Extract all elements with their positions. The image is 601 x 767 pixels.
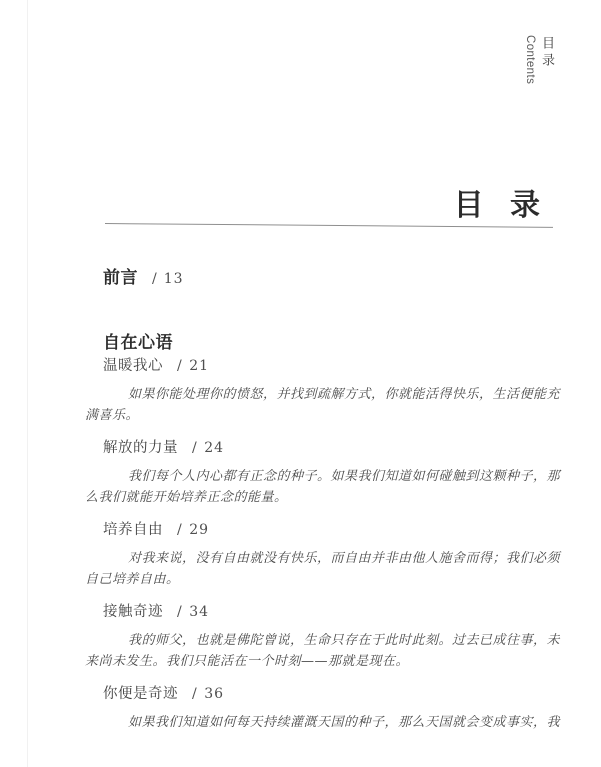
preface-row: 前言/13 — [103, 263, 184, 288]
toc-entry: 解放的力量/24 我们每个人内心都有正念的种子。如果我们知道如何碰触到这颗种子，… — [85, 438, 565, 508]
entry-page-number: 24 — [204, 440, 224, 456]
entry-separator: / — [192, 686, 197, 702]
entry-excerpt: 如果我们知道如何每天持续灌溉天国的种子，那么天国就会变成事实，我 — [85, 713, 565, 734]
excerpt-line-1: 我的师父，也就是佛陀曾说，生命只存在于此时此刻。过去已成往事，未 — [85, 631, 565, 652]
entry-separator: / — [177, 522, 182, 538]
toc-entry: 你便是奇迹/36 如果我们知道如何每天持续灌溉天国的种子，那么天国就会变成事实，… — [85, 684, 565, 734]
entry-title: 你便是奇迹 — [103, 686, 178, 702]
excerpt-line-2: 满喜乐。 — [85, 406, 565, 427]
entry-title-row: 培养自由/29 — [85, 520, 565, 540]
toc-entry: 温暖我心/21 如果你能处理你的愤怒，并找到疏解方式，你就能活得快乐，生活便能充… — [85, 356, 565, 426]
page-crease-line — [27, 0, 28, 767]
entry-title: 培养自由 — [103, 522, 163, 538]
entry-separator: / — [192, 440, 197, 456]
entry-separator: / — [177, 358, 182, 374]
excerpt-line-2: 自己培养自由。 — [85, 570, 565, 591]
entry-title: 温暖我心 — [103, 358, 163, 374]
page-title: 目 录 — [454, 190, 541, 222]
title-rule — [105, 223, 553, 228]
entry-separator: / — [177, 604, 182, 620]
excerpt-line-1: 我们每个人内心都有正念的种子。如果我们知道如何碰触到这颗种子，那 — [85, 467, 565, 488]
entry-excerpt: 我们每个人内心都有正念的种子。如果我们知道如何碰触到这颗种子，那 么我们就能开始… — [85, 467, 565, 508]
excerpt-line-1: 如果你能处理你的愤怒，并找到疏解方式，你就能活得快乐，生活便能充 — [85, 385, 565, 406]
excerpt-line-1: 对我来说，没有自由就没有快乐，而自由并非由他人施舍而得；我们必须 — [85, 549, 565, 570]
entry-page-number: 34 — [189, 604, 209, 620]
entry-title-row: 接触奇迹/34 — [85, 602, 565, 622]
entry-excerpt: 对我来说，没有自由就没有快乐，而自由并非由他人施舍而得；我们必须 自己培养自由。 — [85, 549, 565, 590]
running-head-latin: Contents — [524, 35, 536, 84]
toc-entry: 接触奇迹/34 我的师父，也就是佛陀曾说，生命只存在于此时此刻。过去已成往事，未… — [85, 602, 565, 672]
entry-page-number: 21 — [189, 358, 209, 374]
excerpt-line-1: 如果我们知道如何每天持续灌溉天国的种子，那么天国就会变成事实，我 — [85, 713, 565, 734]
preface-separator: / — [152, 271, 157, 287]
entry-title-row: 温暖我心/21 — [85, 356, 565, 376]
entry-title-row: 你便是奇迹/36 — [85, 684, 565, 704]
preface-page-number: 13 — [164, 271, 184, 287]
entry-title: 接触奇迹 — [103, 604, 163, 620]
entry-title-row: 解放的力量/24 — [85, 438, 565, 458]
entry-excerpt: 我的师父，也就是佛陀曾说，生命只存在于此时此刻。过去已成往事，未 来尚未发生。我… — [85, 631, 565, 672]
entry-page-number: 36 — [204, 686, 224, 702]
preface-label: 前言 — [103, 268, 138, 287]
section-title: 自在心语 — [103, 328, 173, 353]
entry-page-number: 29 — [189, 522, 209, 538]
toc-entries: 温暖我心/21 如果你能处理你的愤怒，并找到疏解方式，你就能活得快乐，生活便能充… — [85, 356, 565, 746]
excerpt-line-2: 来尚未发生。我们只能活在一个时刻——那就是现在。 — [85, 652, 565, 673]
running-head-cjk: 目录 — [538, 36, 557, 70]
entry-title: 解放的力量 — [103, 440, 178, 456]
book-contents-page: 目录 Contents 目 录 前言/13 自在心语 温暖我心/21 如果你能处… — [0, 0, 601, 767]
excerpt-line-2: 么我们就能开始培养正念的能量。 — [85, 488, 565, 509]
entry-excerpt: 如果你能处理你的愤怒，并找到疏解方式，你就能活得快乐，生活便能充 满喜乐。 — [85, 385, 565, 426]
toc-entry: 培养自由/29 对我来说，没有自由就没有快乐，而自由并非由他人施舍而得；我们必须… — [85, 520, 565, 590]
